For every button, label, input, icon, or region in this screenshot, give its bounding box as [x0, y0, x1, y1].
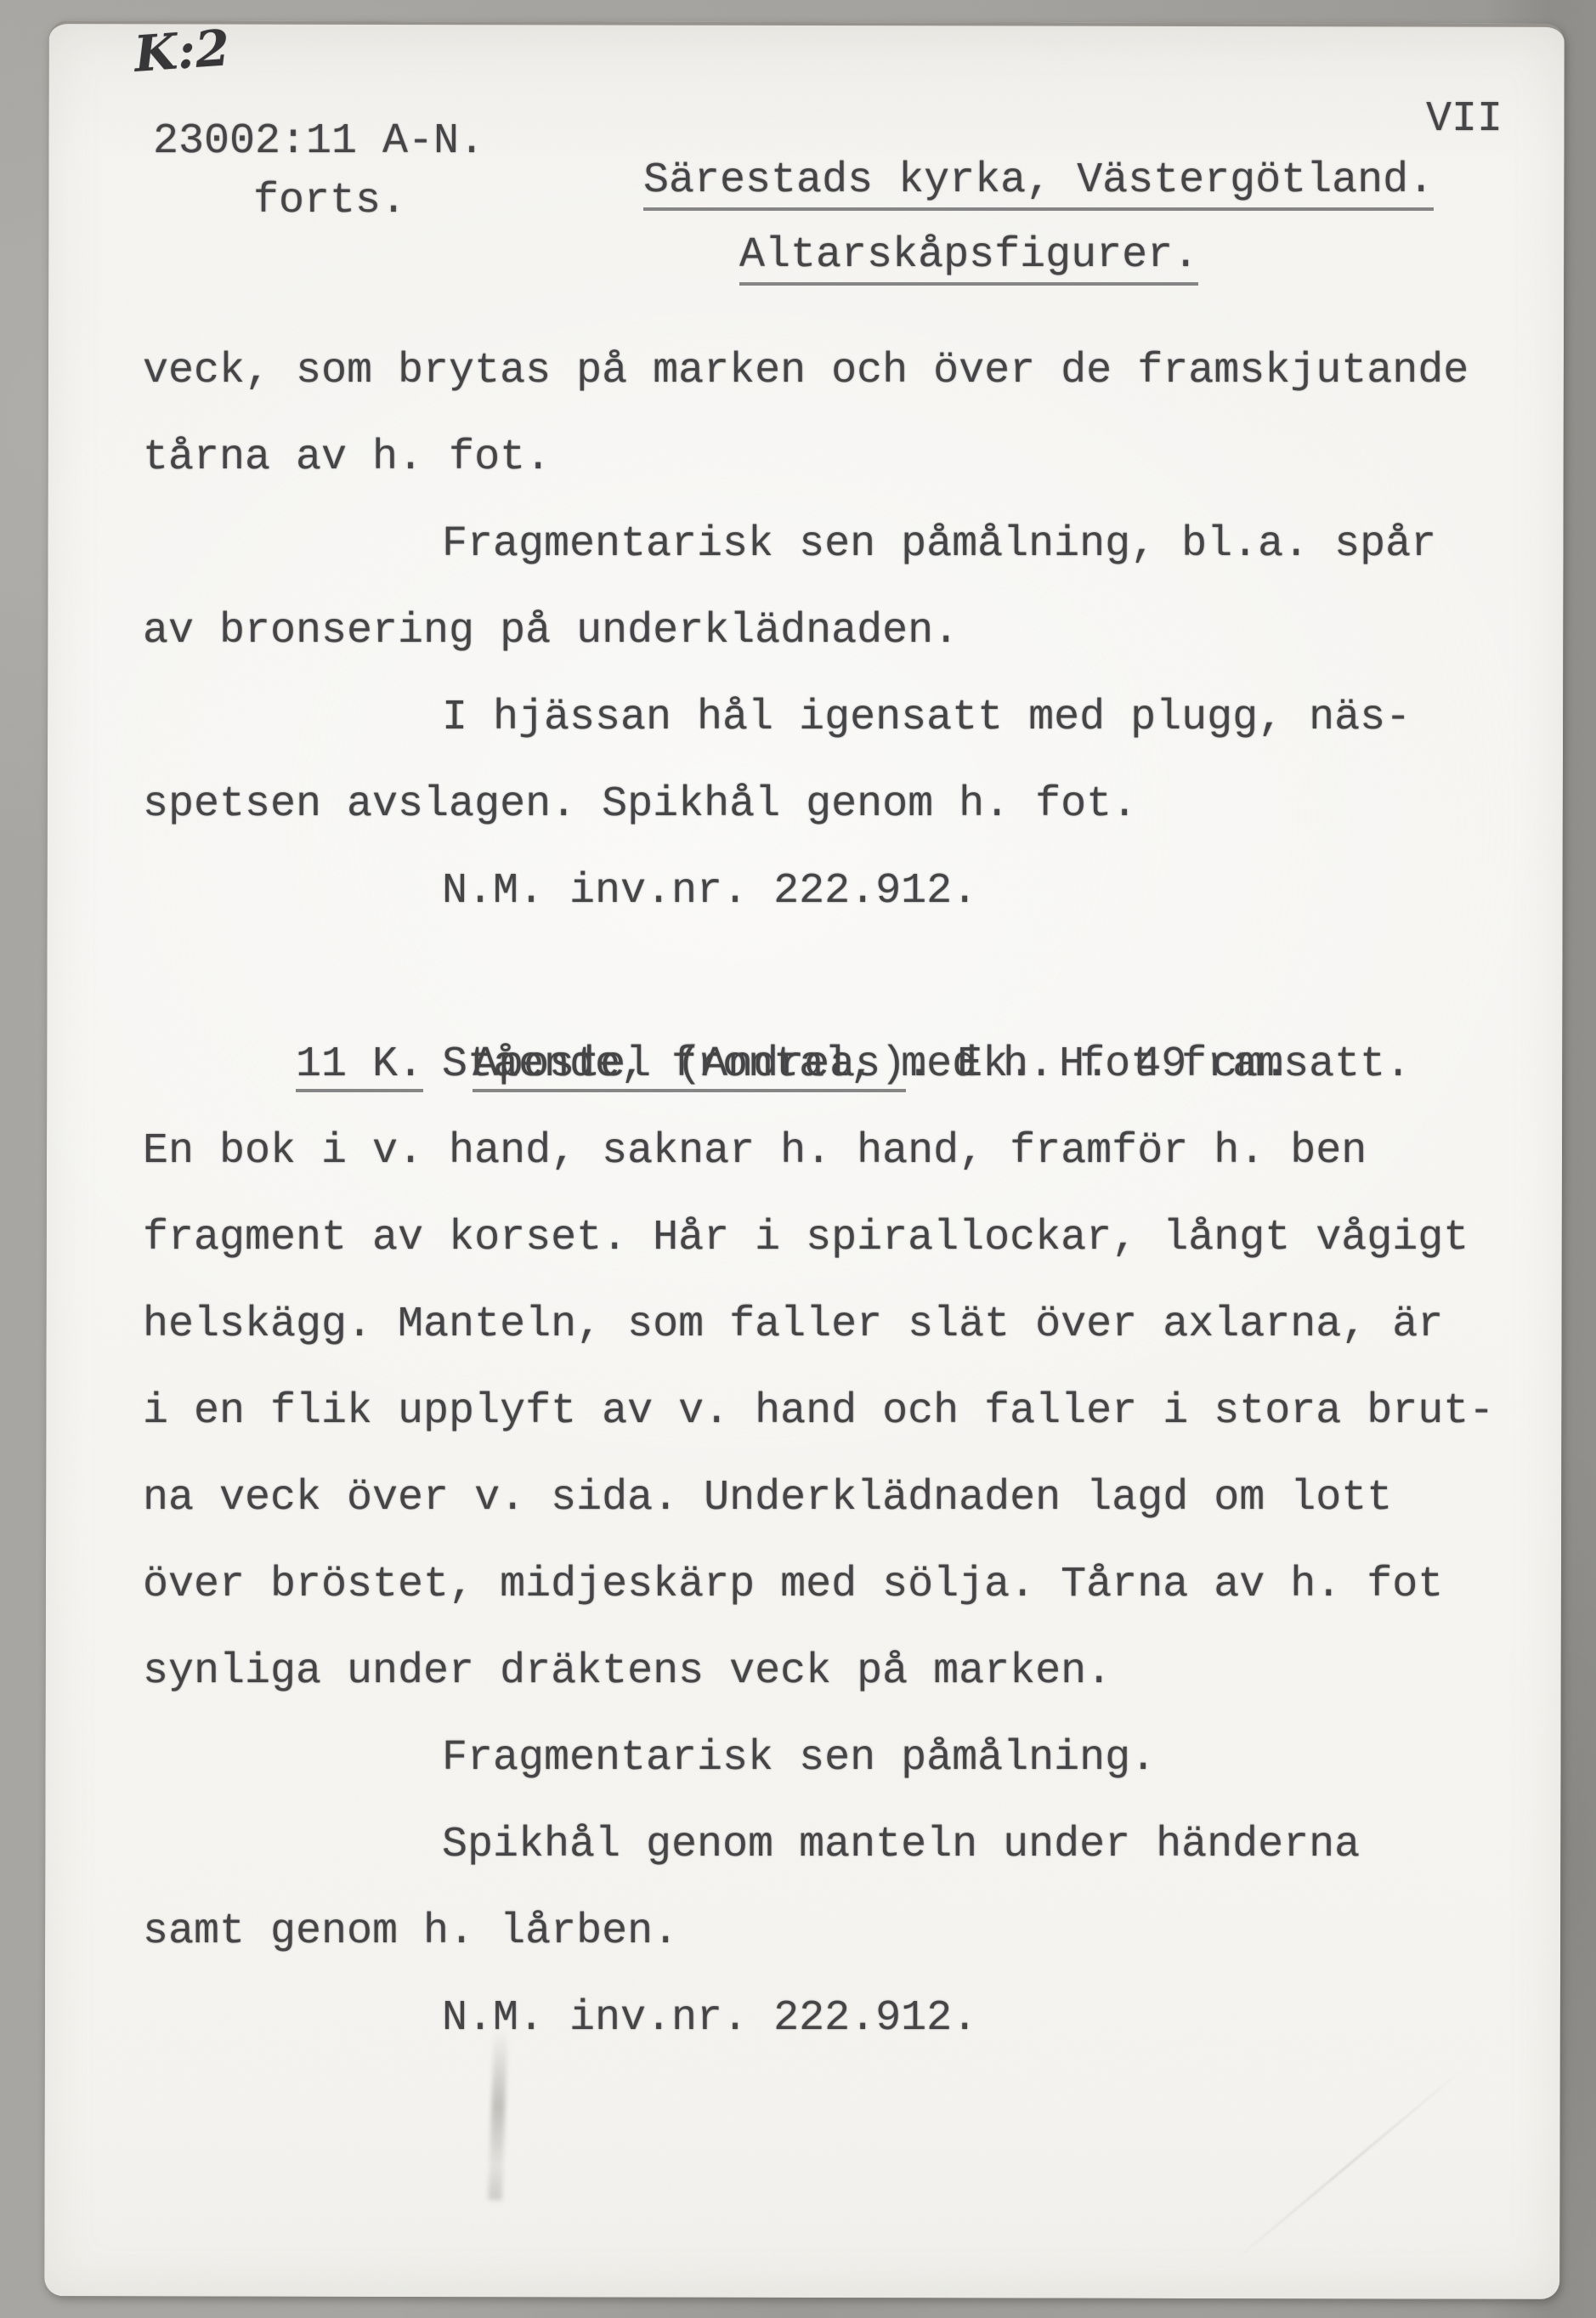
handwritten-mark: K:2 — [133, 19, 232, 83]
catalog-entry-line: 11 K.Apostel (Andreas). Ek. H. 49 cm. — [143, 935, 1545, 1022]
text-line: fragment av korset. Hår i spirallockar, … — [143, 1195, 1545, 1282]
card-content: K:2 23002:11 A-N. Särestads kyrka, Väste… — [0, 0, 1596, 2318]
section-title: Altarskåpsfigurer. — [637, 192, 1198, 320]
text-line: veck, som brytas på marken och över de f… — [143, 328, 1545, 415]
text-line: N.M. inv.nr. 222.912. — [143, 848, 1545, 935]
entry-number: 11 K. — [296, 1040, 423, 1092]
text-line: En bok i v. hand, saknar h. hand, framfö… — [143, 1108, 1545, 1195]
text-line: spetsen avslagen. Spikhål genom h. fot. — [143, 762, 1545, 848]
text-line: i en flik upplyft av v. hand och faller … — [143, 1369, 1545, 1455]
text-line: samt genom h. lårben. — [143, 1889, 1545, 1975]
text-line: Fragmentarisk sen påmålning. — [143, 1715, 1545, 1802]
text-line: I hjässan hål igensatt med plugg, näs- — [143, 675, 1545, 762]
body-text: veck, som brytas på marken och över de f… — [143, 328, 1545, 2062]
text-line: N.M. inv.nr. 222.912. — [143, 1975, 1545, 2062]
text-line: Fragmentarisk sen påmålning, bl.a. spår — [143, 502, 1545, 588]
text-line: av bronsering på underklädnaden. — [143, 588, 1545, 675]
text-line: Spikhål genom manteln under händerna — [143, 1802, 1545, 1889]
continuation-label: forts. — [253, 180, 406, 223]
page-numeral: VII — [1426, 99, 1503, 141]
text-line: synliga under dräktens veck på marken. — [143, 1629, 1545, 1715]
text-line: na veck över v. sida. Underklädnaden lag… — [143, 1455, 1545, 1542]
section-title-text: Altarskåpsfigurer. — [739, 231, 1198, 286]
inventory-number: 23002:11 A-N. — [153, 121, 484, 163]
text-line: över bröstet, midjeskärp med sölja. Tårn… — [143, 1542, 1545, 1629]
text-line: helskägg. Manteln, som faller slät över … — [143, 1282, 1545, 1369]
paper-crease — [1231, 2066, 1467, 2264]
text-line: tårna av h. fot. — [143, 415, 1545, 502]
